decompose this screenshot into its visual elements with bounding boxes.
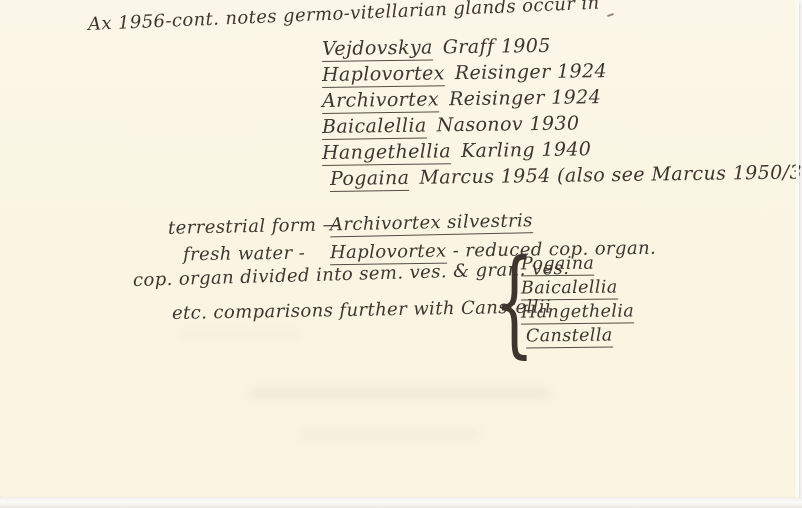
- index-card: Ax 1956-cont. notes germo-vitellarian gl…: [0, 0, 799, 497]
- genus-row: HaplovortexReisinger 1924: [322, 60, 607, 86]
- authority-text: Reisinger 1924: [449, 86, 601, 110]
- genus-name: Archivortex: [322, 88, 439, 114]
- ink-showthrough: [180, 330, 300, 338]
- braced-genus-label: Hangethelia: [521, 301, 634, 324]
- terrestrial-label: terrestrial form —: [168, 214, 330, 238]
- genus-row: VejdovskyaGraff 1905: [322, 35, 551, 60]
- genus-name: Vejdovskya: [322, 36, 433, 62]
- authority-text: Marcus 1954 (also see Marcus 1950/31).: [419, 161, 802, 189]
- genus-name: Pogaina: [330, 167, 410, 192]
- braced-genus-label: Canstella: [526, 326, 613, 349]
- genus-row: BaicalelliaNasonov 1930: [322, 112, 580, 138]
- scanned-index-card: Ax 1956-cont. notes germo-vitellarian gl…: [0, 0, 802, 508]
- terrestrial-taxon: Archivortex silvestris: [330, 210, 533, 237]
- authority-text: Karling 1940: [461, 138, 592, 162]
- genus-name: Hangethellia: [322, 140, 451, 166]
- ink-showthrough: [300, 430, 480, 438]
- freshwater-label: fresh water -: [183, 242, 330, 265]
- braced-genus-label: Pogaina: [521, 254, 595, 277]
- header-line: Ax 1956-cont. notes germo-vitellarian gl…: [88, 0, 600, 35]
- braced-genus: Hangethelia: [521, 301, 634, 322]
- authority-text: Graff 1905: [443, 35, 551, 59]
- braced-genus: Pogaina: [521, 254, 595, 275]
- genus-row: HangethelliaKarling 1940: [322, 138, 592, 164]
- genus-row: PogainaMarcus 1954 (also see Marcus 1950…: [330, 161, 802, 190]
- stray-ink-mark: [607, 13, 614, 17]
- card-right-edge: [796, 0, 799, 497]
- braced-genus: Canstella: [526, 326, 613, 347]
- genus-row: ArchivortexReisinger 1924: [322, 86, 601, 112]
- authority-text: Nasonov 1930: [436, 112, 579, 136]
- genus-name: Haplovortex: [322, 62, 445, 88]
- scan-background-shadow: [0, 497, 802, 508]
- ink-showthrough: [250, 388, 550, 398]
- braced-genus-label: Baicalellia: [521, 277, 618, 300]
- terrestrial-note-line: terrestrial form —Archivortex silvestris: [168, 210, 533, 239]
- genus-name: Baicalellia: [322, 115, 427, 140]
- braced-genus: Baicalellia: [521, 277, 618, 298]
- authority-text: Reisinger 1924: [455, 60, 607, 84]
